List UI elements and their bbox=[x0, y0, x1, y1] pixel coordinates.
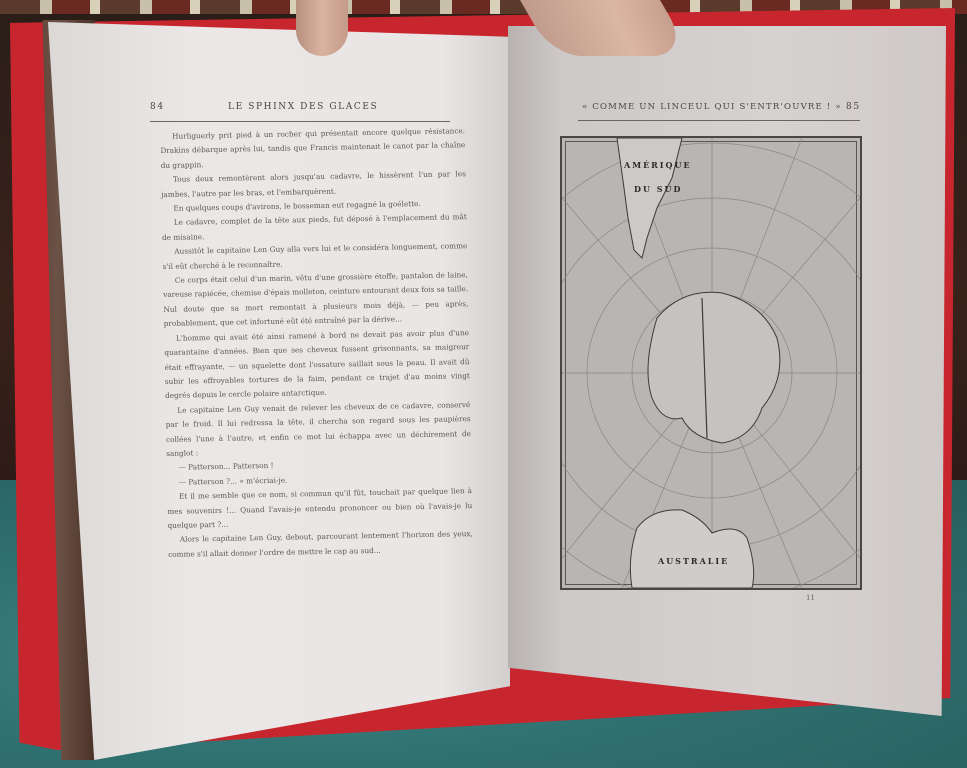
south-pole-map: AMÉRIQUE DU SUD AUSTRALIE bbox=[560, 136, 862, 590]
left-running-head: LE SPHINX DES GLACES bbox=[228, 102, 378, 112]
left-header-rule bbox=[150, 121, 450, 122]
right-header-rule bbox=[578, 120, 860, 121]
map-graticule bbox=[562, 138, 860, 588]
paragraph: Alors le capitaine Len Guy, debout, parc… bbox=[168, 527, 473, 562]
paragraph: Et il me semble que ce nom, si commun qu… bbox=[167, 484, 473, 533]
map-label-south-america-1: AMÉRIQUE bbox=[624, 160, 692, 170]
figure-number: 11 bbox=[806, 594, 815, 602]
left-page-body: Hurliguerly prit pied à un rocher qui pr… bbox=[160, 124, 473, 562]
paragraph: Ce corps était celui d'un marin, vêtu d'… bbox=[163, 268, 469, 331]
right-running-head: « COMME UN LINCEUL QUI S'ENTR'OUVRE ! » bbox=[582, 102, 842, 112]
finger bbox=[296, 0, 348, 56]
paragraph: L'homme qui avait été ainsi ramené à bor… bbox=[164, 326, 470, 404]
map-label-south-america-2: DU SUD bbox=[634, 184, 682, 194]
right-page-number: 85 bbox=[846, 102, 861, 112]
map-label-australia: AUSTRALIE bbox=[658, 556, 729, 566]
paragraph: Le capitaine Len Guy venait de relever l… bbox=[165, 398, 471, 461]
paragraph: Hurliguerly prit pied à un rocher qui pr… bbox=[160, 124, 466, 173]
left-page-number: 84 bbox=[150, 102, 165, 112]
